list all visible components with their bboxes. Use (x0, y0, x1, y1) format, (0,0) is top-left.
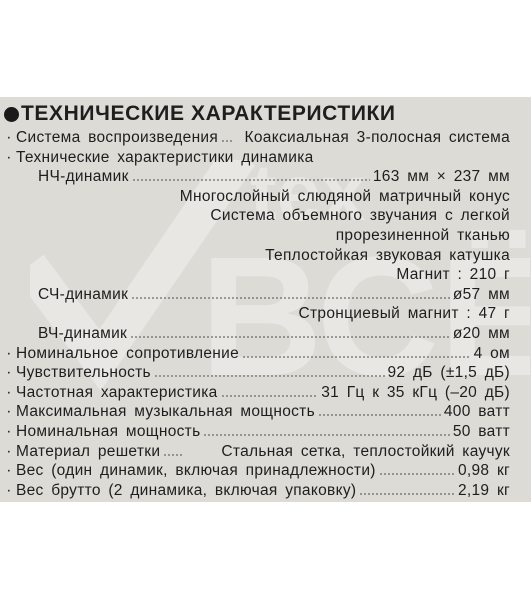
spec-value: Система объемного звучания с легкой (210, 206, 531, 226)
dotted-leader (318, 414, 441, 416)
dotted-leader (242, 356, 471, 358)
spec-row: НЧ-динамик163 мм × 237 мм (0, 167, 531, 187)
spec-label: ВЧ-динамик (0, 324, 127, 344)
spec-value: Стальная сетка, теплостойкий каучук (221, 442, 531, 462)
spec-label: Вес (один динамик, включая принадлежност… (16, 461, 376, 481)
bullet-icon: · (0, 128, 16, 148)
dotted-leader (130, 336, 450, 338)
spec-row: ·Система воспроизведенияКоаксиальная 3-п… (0, 128, 531, 148)
bullet-icon: · (0, 148, 16, 168)
spec-row: Стронциевый магнит : 47 г (0, 304, 531, 324)
bullet-icon: · (0, 344, 16, 364)
spec-label: Технические характеристики динамика (16, 148, 314, 168)
spec-row: ·Чувствительность92 дБ (±1,5 дБ) (0, 363, 531, 383)
dotted-leader (379, 473, 455, 475)
bullet-icon: · (0, 383, 16, 403)
spec-label: Номинальное сопротивление (16, 344, 239, 364)
spec-value: Теплостойкая звуковая катушка (265, 246, 531, 266)
bullet-icon: · (0, 422, 16, 442)
spec-row: ·Вес брутто (2 динамика, включая упаковк… (0, 481, 531, 501)
spec-label: Номинальная мощность (16, 422, 200, 442)
spec-label: Материал решетки (16, 442, 160, 462)
spec-value: 92 дБ (±1,5 дБ) (388, 363, 531, 383)
spec-label: Система воспроизведения (16, 128, 218, 148)
spec-label: НЧ-динамик (0, 167, 129, 187)
spec-value: ø57 мм (453, 285, 531, 305)
bullet-icon: · (0, 402, 16, 422)
spec-row: ·Материал решеткиСтальная сетка, теплост… (0, 442, 531, 462)
spec-row: Многослойный слюдяной матричный конус (0, 187, 531, 207)
dotted-leader (221, 395, 319, 397)
dotted-leader (221, 140, 233, 142)
bullet-icon: · (0, 363, 16, 383)
spec-row: Магнит : 210 г (0, 265, 531, 285)
spec-row: Система объемного звучания с легкой (0, 206, 531, 226)
spec-label: Частотная характеристика (16, 383, 218, 403)
spec-value: Многослойный слюдяной матричный конус (180, 187, 531, 207)
spec-value: 4 ом (474, 344, 531, 364)
spec-row: СЧ-динамикø57 мм (0, 285, 531, 305)
spec-row: ·Вес (один динамик, включая принадлежнос… (0, 461, 531, 481)
spec-row: Теплостойкая звуковая катушка (0, 246, 531, 266)
spec-value: ø20 мм (453, 324, 531, 344)
spec-row: ·Технические характеристики динамика (0, 148, 531, 168)
spec-value: Коаксиальная 3-полосная система (245, 128, 531, 148)
dotted-leader (132, 179, 370, 181)
dotted-leader (131, 297, 450, 299)
bullet-icon: · (0, 442, 16, 462)
dotted-leader (154, 375, 385, 377)
spec-row: ·Номинальное сопротивление4 ом (0, 344, 531, 364)
dotted-leader (163, 454, 183, 456)
spec-label: Максимальная музыкальная мощность (16, 402, 315, 422)
bullet-icon: · (0, 481, 16, 501)
spec-value: 0,98 кг (458, 461, 531, 481)
title-text: ТЕХНИЧЕСКИЕ ХАРАКТЕРИСТИКИ (21, 102, 396, 126)
spec-value: 50 ватт (453, 422, 531, 442)
bullet-dot-icon (4, 107, 19, 122)
spec-value: 163 мм × 237 мм (373, 167, 531, 187)
spec-row: прорезиненной тканью (0, 226, 531, 246)
spec-row: ·Частотная характеристика31 Гц к 35 кГц … (0, 383, 531, 403)
spec-value: 400 ватт (444, 402, 531, 422)
spec-value: 2,19 кг (458, 481, 531, 501)
section-title: ТЕХНИЧЕСКИЕ ХАРАКТЕРИСТИКИ (4, 102, 396, 126)
spec-row: ·Номинальная мощность50 ватт (0, 422, 531, 442)
spec-label: Вес брутто (2 динамика, включая упаковку… (16, 481, 356, 501)
spec-row: ·Максимальная музыкальная мощность400 ва… (0, 402, 531, 422)
dotted-leader (203, 434, 449, 436)
spec-label: СЧ-динамик (0, 285, 128, 305)
spec-value: 31 Гц к 35 кГц (–20 дБ) (321, 383, 531, 403)
spec-value: Стронциевый магнит : 47 г (299, 304, 531, 324)
spec-label: Чувствительность (16, 363, 151, 383)
dotted-leader (359, 493, 455, 495)
bullet-icon: · (0, 461, 16, 481)
spec-value: Магнит : 210 г (396, 265, 531, 285)
spec-value: прорезиненной тканью (336, 226, 531, 246)
spec-row: ВЧ-динамикø20 мм (0, 324, 531, 344)
